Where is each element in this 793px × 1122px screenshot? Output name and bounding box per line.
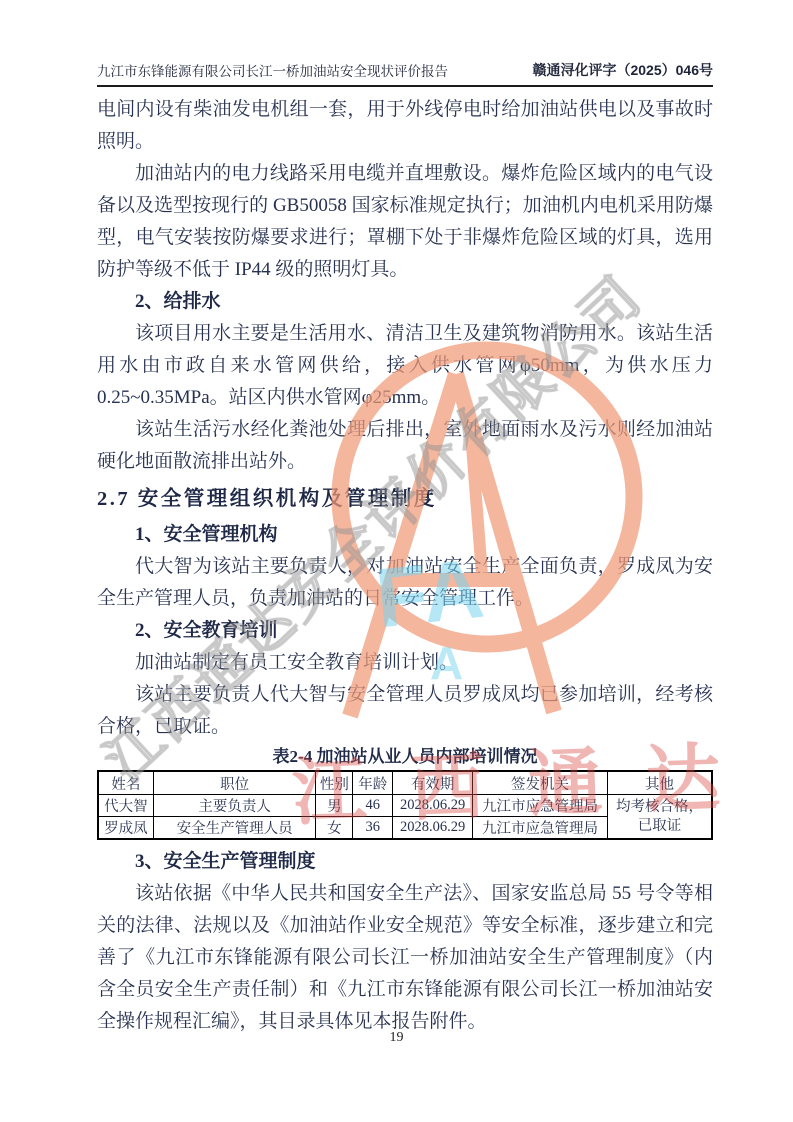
paragraph-water-supply: 该项目用水主要是生活用水、清洁卫生及建筑物消防用水。该站生活用水由市政自来水管网… <box>97 318 713 414</box>
cell-authority: 九江市应急管理局 <box>473 817 608 840</box>
document-page: 九江市东锋能源有限公司长江一桥加油站安全现状评价报告 赣通浔化评字（2025）0… <box>0 0 793 1122</box>
cell-position: 主要负责人 <box>153 795 316 817</box>
col-header-gender: 性别 <box>316 771 353 795</box>
header-document-number: 赣通浔化评字（2025）046号 <box>532 60 713 80</box>
heading-safety-training: 2、安全教育培训 <box>97 615 713 647</box>
cell-other-merged: 均考核合格，已取证 <box>608 795 712 840</box>
paragraph-safety-org: 代大智为该站主要负责人，对加油站安全生产全面负责，罗成凤为安全生产管理人员，负责… <box>97 551 713 615</box>
col-header-validity: 有效期 <box>393 771 473 795</box>
paragraph-safety-system: 该站依据《中华人民共和国安全生产法》、国家安监总局 55 号令等相关的法律、法规… <box>97 878 713 1038</box>
col-header-other: 其他 <box>608 771 712 795</box>
cell-age: 36 <box>353 817 393 840</box>
cell-validity: 2028.06.29 <box>393 817 473 840</box>
col-header-age: 年龄 <box>353 771 393 795</box>
cell-age: 46 <box>353 795 393 817</box>
cell-position: 安全生产管理人员 <box>153 817 316 840</box>
col-header-authority: 签发机关 <box>473 771 608 795</box>
table-header-row: 姓名 职位 性别 年龄 有效期 签发机关 其他 <box>98 771 712 795</box>
page-number: 19 <box>0 1030 793 1046</box>
cell-gender: 女 <box>316 817 353 840</box>
table-row: 代大智 主要负责人 男 46 2028.06.29 九江市应急管理局 均考核合格… <box>98 795 712 817</box>
paragraph-generator: 电间内设有柴油发电机组一套，用于外线停电时给加油站供电以及事故时照明。 <box>97 94 713 158</box>
heading-drainage: 2、给排水 <box>97 286 713 318</box>
table-caption: 表2-4 加油站从业人员内部培训情况 <box>97 743 713 770</box>
paragraph-training-plan: 加油站制定有员工安全教育培训计划。 <box>97 647 713 679</box>
heading-safety-system: 3、安全生产管理制度 <box>97 846 713 878</box>
paragraph-training-result: 该站主要负责人代大智与安全管理人员罗成凤均已参加培训，经考核合格，已取证。 <box>97 679 713 743</box>
heading-section-2-7: 2.7 安全管理组织机构及管理制度 <box>97 481 713 517</box>
col-header-position: 职位 <box>153 771 316 795</box>
cell-authority: 九江市应急管理局 <box>473 795 608 817</box>
paragraph-sewage: 该站生活污水经化粪池处理后排出，室外地面雨水及污水则经加油站硬化地面散流排出站外… <box>97 414 713 478</box>
cell-name: 代大智 <box>98 795 153 817</box>
col-header-name: 姓名 <box>98 771 153 795</box>
paragraph-power-lines: 加油站内的电力线路采用电缆并直埋敷设。爆炸危险区域内的电气设备以及选型按现行的 … <box>97 158 713 286</box>
cell-validity: 2028.06.29 <box>393 795 473 817</box>
cell-gender: 男 <box>316 795 353 817</box>
cell-name: 罗成凤 <box>98 817 153 840</box>
header-report-title: 九江市东锋能源有限公司长江一桥加油站安全现状评价报告 <box>97 60 448 80</box>
document-body: 电间内设有柴油发电机组一套，用于外线停电时给加油站供电以及事故时照明。 加油站内… <box>97 94 713 1038</box>
training-table: 姓名 职位 性别 年龄 有效期 签发机关 其他 代大智 主要负责人 男 46 2… <box>97 770 713 840</box>
heading-safety-org: 1、安全管理机构 <box>97 519 713 551</box>
page-header: 九江市东锋能源有限公司长江一桥加油站安全现状评价报告 赣通浔化评字（2025）0… <box>97 60 713 87</box>
